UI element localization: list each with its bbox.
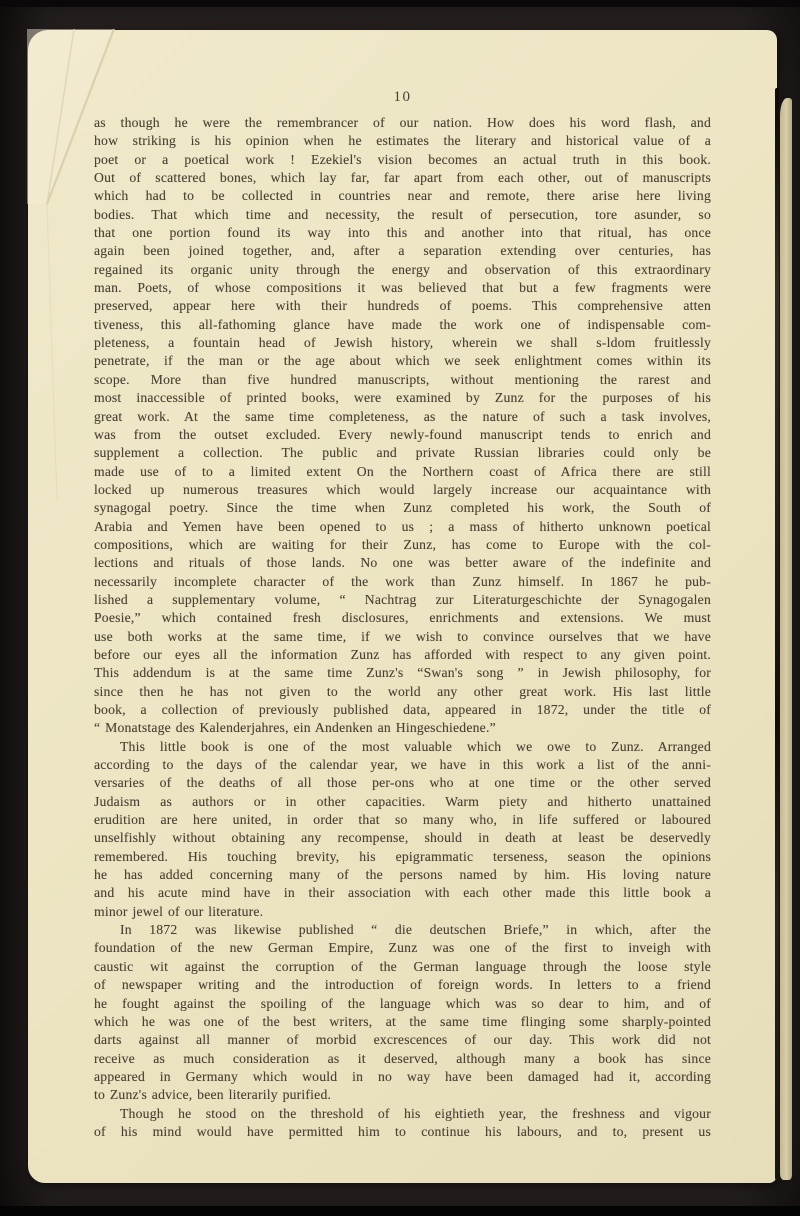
text-line: how striking is his opinion when he esti… — [94, 132, 711, 150]
scanner-bed-top — [0, 0, 800, 7]
text-line: Arabia and Yemen have been opened to us … — [94, 518, 711, 536]
scan-background: { "page": { "number": "10", "paragraphs"… — [0, 0, 800, 1216]
text-line: In 1872 was likewise published “ die deu… — [94, 921, 711, 939]
text-line: bodies. That which time and necessity, t… — [94, 206, 711, 224]
text-line: appeared in Germany which would in no wa… — [94, 1068, 711, 1086]
text-line: lections and rituals of those lands. No … — [94, 554, 711, 572]
text-line: and his acute mind have in their associa… — [94, 884, 711, 902]
text-line: which he was one of the best writers, at… — [94, 1013, 711, 1031]
text-line: Though he stood on the threshold of his … — [94, 1105, 711, 1123]
text-line: scope. More than five hundred manuscript… — [94, 371, 711, 389]
text-line: great work. At the same time completenes… — [94, 408, 711, 426]
text-line: This little book is one of the most valu… — [94, 738, 711, 756]
text-line: lished a supplementary volume, “ Nachtra… — [94, 591, 711, 609]
paragraph: Though he stood on the threshold of his … — [94, 1105, 711, 1142]
page-edge-shadow — [775, 88, 779, 1180]
text-line: as though he were the remembrancer of ou… — [94, 114, 711, 132]
text-line: erudition are here united, in order that… — [94, 811, 711, 829]
text-line: he has added concerning many of the pers… — [94, 866, 711, 884]
text-line: foundation of the new German Empire, Zun… — [94, 939, 711, 957]
text-line: of his mind would have permitted him to … — [94, 1123, 711, 1141]
book-page: 10 as though he were the remembrancer of… — [28, 30, 777, 1183]
text-line: penetrate, if the man or the age about w… — [94, 352, 711, 370]
text-line: man. Poets, of whose compositions it was… — [94, 279, 711, 297]
text-line: necessarily incomplete character of the … — [94, 573, 711, 591]
text-line: Poesie,” which contained fresh disclosur… — [94, 609, 711, 627]
text-line: made use of to a limited extent On the N… — [94, 463, 711, 481]
text-line: preserved, appear here with their hundre… — [94, 297, 711, 315]
text-line: receive as much consideration as it dese… — [94, 1050, 711, 1068]
text-line: that one portion found its way into this… — [94, 224, 711, 242]
text-line: poet or a poetical work ! Ezekiel's visi… — [94, 151, 711, 169]
text-line: according to the days of the calendar ye… — [94, 756, 711, 774]
adjacent-page-edge — [780, 98, 792, 1180]
text-line: was from the outset excluded. Every newl… — [94, 426, 711, 444]
text-line: again been joined together, and, after a… — [94, 242, 711, 260]
text-line: supplement a collection. The public and … — [94, 444, 711, 462]
text-line: tiveness, this all-fathoming glance have… — [94, 316, 711, 334]
text-line: pleteness, a fountain head of Jewish his… — [94, 334, 711, 352]
page-text: as though he were the remembrancer of ou… — [94, 114, 711, 1141]
text-line: darts against all manner of morbid excre… — [94, 1031, 711, 1049]
text-line: compositions, which are waiting for thei… — [94, 536, 711, 554]
text-line: caustic wit against the corruption of th… — [94, 958, 711, 976]
text-line: Judaism as authors or in other capacitie… — [94, 793, 711, 811]
page-number: 10 — [28, 89, 777, 106]
text-line: locked up numerous treasures which would… — [94, 481, 711, 499]
text-line: synagogal poetry. Since the time when Zu… — [94, 499, 711, 517]
paragraph: as though he were the remembrancer of ou… — [94, 114, 711, 738]
text-line: “ Monatstage des Kalenderjahres, ein And… — [94, 719, 711, 737]
text-line: versaries of the deaths of all those per… — [94, 774, 711, 792]
text-line: Out of scattered bones, which lay far, f… — [94, 169, 711, 187]
text-line: book, a collection of previously publish… — [94, 701, 711, 719]
paragraph: In 1872 was likewise published “ die deu… — [94, 921, 711, 1104]
text-line: which had to be collected in countries n… — [94, 187, 711, 205]
text-line: to Zunz's advice, been literarily purifi… — [94, 1086, 711, 1104]
text-line: before our eyes all the information Zunz… — [94, 646, 711, 664]
text-line: minor jewel of our literature. — [94, 903, 711, 921]
text-line: most inaccessible of printed books, were… — [94, 389, 711, 407]
text-line: use both works at the same time, if we w… — [94, 628, 711, 646]
text-line: remembered. His touching brevity, his ep… — [94, 848, 711, 866]
text-line: since then he has not given to the world… — [94, 683, 711, 701]
scanner-bed-bottom — [0, 1206, 800, 1216]
text-line: he fought against the spoiling of the la… — [94, 995, 711, 1013]
text-line: of newspaper writing and the introductio… — [94, 976, 711, 994]
text-line: This addendum is at the same time Zunz's… — [94, 664, 711, 682]
paragraph: This little book is one of the most valu… — [94, 738, 711, 921]
text-line: unselfishly without obtaining any recomp… — [94, 829, 711, 847]
text-line: regained its organic unity through the e… — [94, 261, 711, 279]
